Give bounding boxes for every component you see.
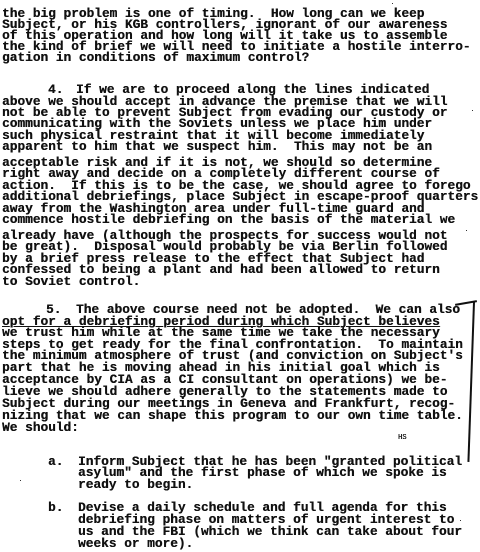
- para4-line: apparent to him that we suspect him. Thi…: [2, 141, 432, 153]
- margin-line: [467, 302, 475, 462]
- item-b-line: weeks or more).: [78, 538, 193, 550]
- margin-initials: HS: [398, 432, 406, 444]
- para4-line: commence hostile debriefing on the basis…: [2, 214, 455, 226]
- document-page: the big problem is one of timing. How lo…: [0, 0, 480, 552]
- intro-line: gation in conditions of maximum control?: [2, 52, 309, 64]
- scan-speck: [466, 230, 467, 231]
- scan-speck: [392, 3, 393, 4]
- scan-speck: [300, 320, 301, 321]
- item-label: a.: [48, 456, 63, 468]
- para5-line: We should:: [2, 422, 79, 434]
- item-label: b.: [48, 502, 63, 514]
- scan-speck: [472, 110, 473, 111]
- scan-speck: [460, 520, 461, 521]
- scan-speck: [20, 480, 21, 481]
- item-a-line: ready to begin.: [78, 479, 193, 491]
- para4-line: to Soviet control.: [2, 276, 140, 288]
